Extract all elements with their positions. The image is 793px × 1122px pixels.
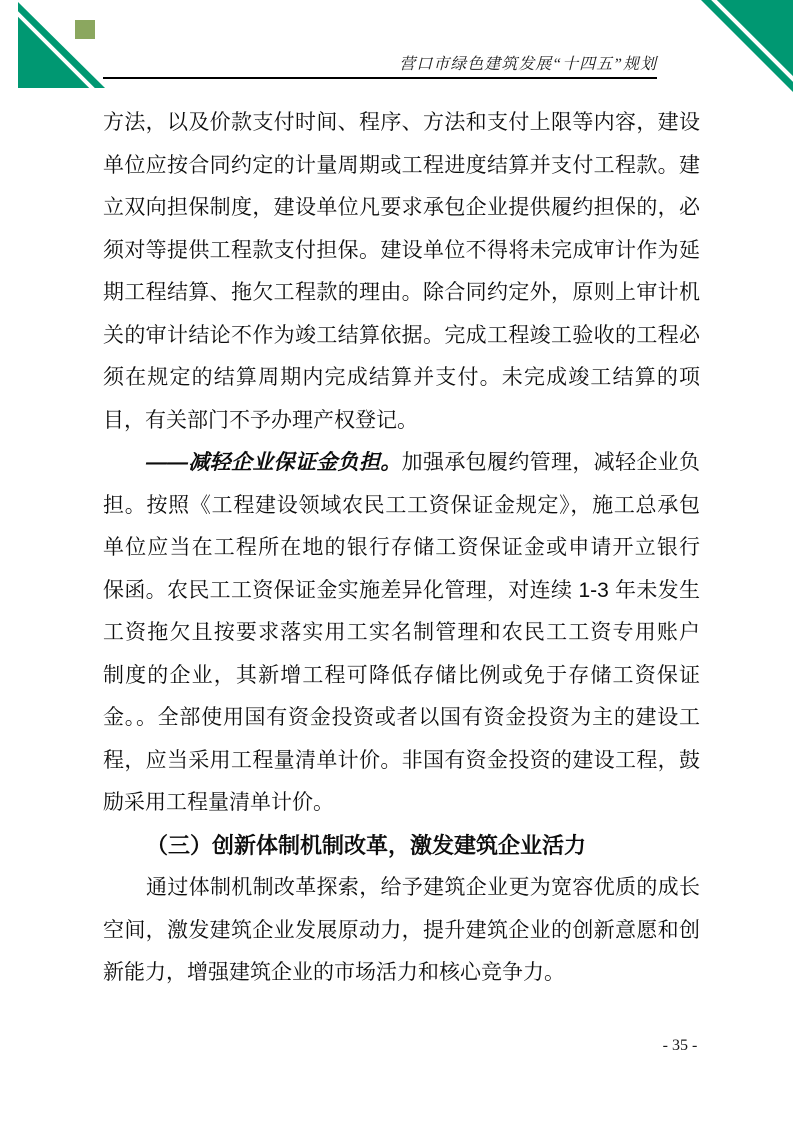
- corner-triangle-left: [18, 2, 105, 88]
- para2-lead-in: ——减轻企业保证金负担。: [146, 451, 402, 474]
- page-number: - 35 -: [640, 1037, 720, 1055]
- para3-line-3: 新能力，增强建筑企业的市场活力和核心竞争力。: [103, 952, 700, 995]
- accent-square: [75, 20, 95, 39]
- para1-line-5: 期工程结算、拖欠工程款的理由。除合同约定外，原则上审计机: [103, 272, 700, 315]
- para2-line-9: 励采用工程量清单计价。: [103, 782, 700, 825]
- para2-line-1: ——减轻企业保证金负担。加强承包履约管理，减轻企业负: [103, 442, 700, 485]
- corner-triangle-right: [701, 0, 793, 92]
- para2-line-1-rest: 加强承包履约管理，减轻企业负: [402, 451, 700, 474]
- para2-line-3: 单位应当在工程所在地的银行存储工资保证金或申请开立银行: [103, 527, 700, 570]
- para2-line-4: 保函。农民工工资保证金实施差异化管理，对连续 1-3 年未发生: [103, 570, 700, 613]
- para2-line-2: 担。按照《工程建设领域农民工工资保证金规定》，施工总承包: [103, 485, 700, 528]
- document-body: 方法，以及价款支付时间、程序、方法和支付上限等内容，建设 单位应按合同约定的计量…: [103, 102, 700, 995]
- header-title: 营口市绿色建筑发展“十四五”规划: [103, 51, 657, 74]
- para1-line-8: 目，有关部门不予办理产权登记。: [103, 400, 700, 443]
- para2-line-5: 工资拖欠且按要求落实用工实名制管理和农民工工资专用账户: [103, 612, 700, 655]
- para3-line-2: 空间，激发建筑企业发展原动力，提升建筑企业的创新意愿和创: [103, 910, 700, 953]
- para1-line-1: 方法，以及价款支付时间、程序、方法和支付上限等内容，建设: [103, 102, 700, 145]
- header-rule: [103, 77, 657, 79]
- document-page: 营口市绿色建筑发展“十四五”规划 方法，以及价款支付时间、程序、方法和支付上限等…: [0, 0, 793, 1122]
- para1-line-7: 须在规定的结算周期内完成结算并支付。未完成竣工结算的项: [103, 357, 700, 400]
- para1-line-6: 关的审计结论不作为竣工结算依据。完成工程竣工验收的工程必: [103, 315, 700, 358]
- para2-line-7: 金。。全部使用国有资金投资或者以国有资金投资为主的建设工: [103, 697, 700, 740]
- para2-line-8: 程，应当采用工程量清单计价。非国有资金投资的建设工程，鼓: [103, 740, 700, 783]
- para1-line-4: 须对等提供工程款支付担保。建设单位不得将未完成审计作为延: [103, 230, 700, 273]
- section-heading: （三）创新体制机制改革，激发建筑企业活力: [103, 825, 700, 868]
- para3-line-1: 通过体制机制改革探索，给予建筑企业更为宽容优质的成长: [103, 867, 700, 910]
- para2-line-6: 制度的企业，其新增工程可降低存储比例或免于存储工资保证: [103, 655, 700, 698]
- para1-line-2: 单位应按合同约定的计量周期或工程进度结算并支付工程款。建: [103, 145, 700, 188]
- para1-line-3: 立双向担保制度，建设单位凡要求承包企业提供履约担保的，必: [103, 187, 700, 230]
